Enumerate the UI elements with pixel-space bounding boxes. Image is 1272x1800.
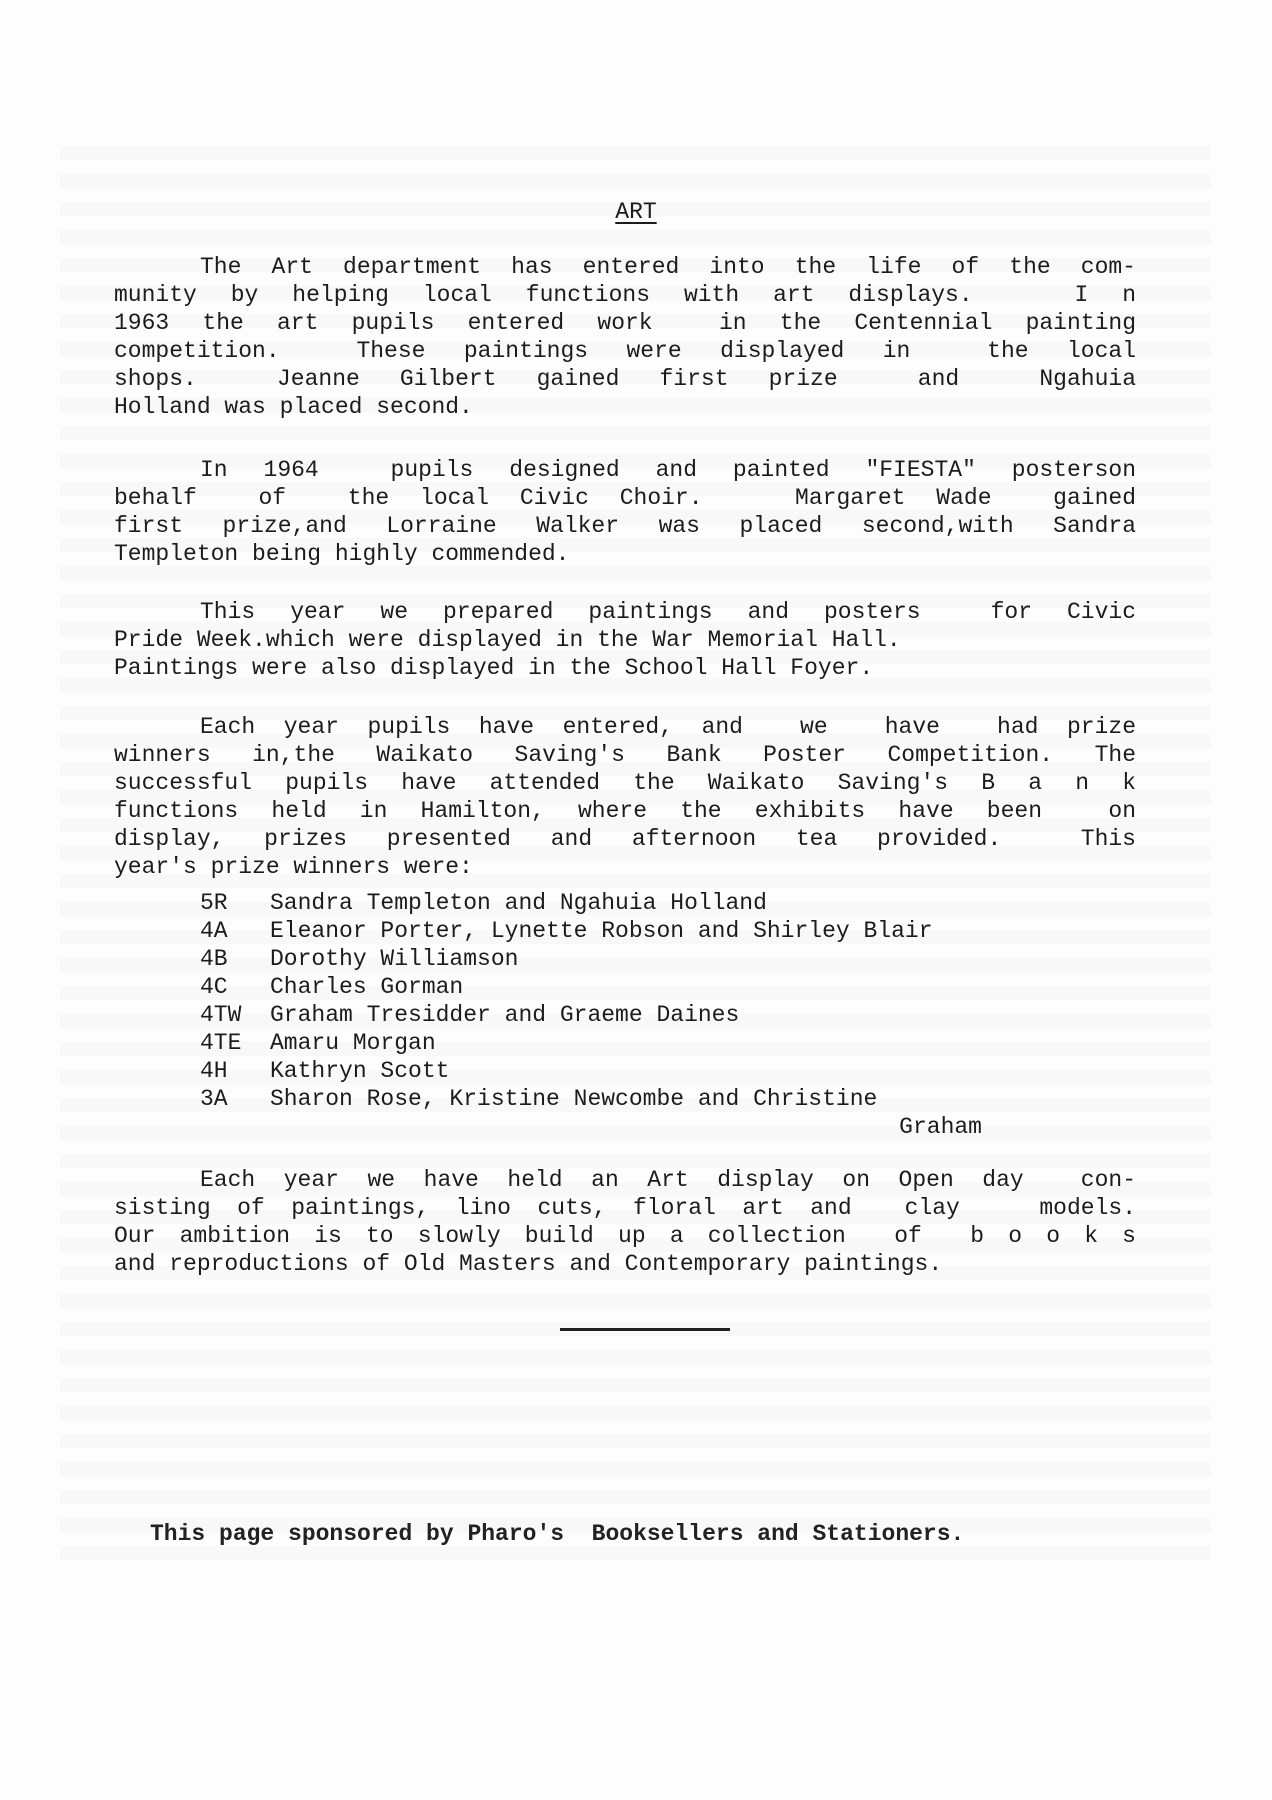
paragraph-4: Each year pupils have entered, and we ha…: [114, 713, 1136, 881]
sponsor-line: This page sponsored by Pharo's Bookselle…: [150, 1520, 964, 1548]
text-line: functions held in Hamilton, where the ex…: [114, 797, 1136, 825]
winner-names: Graham Tresidder and Graeme Daines: [270, 1001, 1060, 1029]
text-line: sisting of paintings, lino cuts, floral …: [114, 1194, 1136, 1222]
winner-names: Sandra Templeton and Ngahuia Holland: [270, 889, 1060, 917]
text-line: behalf of the local Civic Choir. Margare…: [114, 484, 1136, 512]
text-line: competition. These paintings were displa…: [114, 337, 1136, 365]
form-label: 4H: [200, 1057, 270, 1085]
paragraph-5: Each year we have held an Art display on…: [114, 1166, 1136, 1278]
text-line: Holland was placed second.: [114, 393, 1136, 421]
winner-row: 5R Sandra Templeton and Ngahuia Holland: [200, 889, 1060, 917]
winner-names: Eleanor Porter, Lynette Robson and Shirl…: [270, 917, 1060, 945]
section-divider: [560, 1328, 730, 1331]
text-line: The Art department has entered into the …: [114, 253, 1136, 281]
paragraph-2: In 1964 pupils designed and painted "FIE…: [114, 456, 1136, 568]
paragraph-1: The Art department has entered into the …: [114, 253, 1136, 421]
text-line: Pride Week.which were displayed in the W…: [114, 626, 1136, 654]
text-line: 1963 the art pupils entered work in the …: [114, 309, 1136, 337]
text-line: Our ambition is to slowly build up a col…: [114, 1222, 1136, 1250]
text-line: This year we prepared paintings and post…: [114, 598, 1136, 626]
winner-names: Dorothy Williamson: [270, 945, 1060, 973]
text-line: Each year we have held an Art display on…: [114, 1166, 1136, 1194]
paragraph-3: This year we prepared paintings and post…: [114, 598, 1136, 682]
text-line: shops. Jeanne Gilbert gained first prize…: [114, 365, 1136, 393]
form-label: 4TW: [200, 1001, 270, 1029]
winner-row: 4H Kathryn Scott: [200, 1057, 1060, 1085]
text-line: munity by helping local functions with a…: [114, 281, 1136, 309]
text-line: first prize,and Lorraine Walker was plac…: [114, 512, 1136, 540]
winner-names: Amaru Morgan: [270, 1029, 1060, 1057]
text-line: display, prizes presented and afternoon …: [114, 825, 1136, 853]
form-label: 4A: [200, 917, 270, 945]
text-line: Each year pupils have entered, and we ha…: [114, 713, 1136, 741]
document-page: ART The Art department has entered into …: [0, 0, 1272, 1800]
winner-names: Charles Gorman: [270, 973, 1060, 1001]
winner-names: Sharon Rose, Kristine Newcombe and Chris…: [270, 1085, 1060, 1113]
title-text: ART: [615, 199, 656, 225]
form-label: 4B: [200, 945, 270, 973]
form-label: 4C: [200, 973, 270, 1001]
winner-row: 4TW Graham Tresidder and Graeme Daines: [200, 1001, 1060, 1029]
text-line: In 1964 pupils designed and painted "FIE…: [114, 456, 1136, 484]
text-line: winners in,the Waikato Saving's Bank Pos…: [114, 741, 1136, 769]
form-label: 3A: [200, 1085, 270, 1113]
page-title: ART: [0, 198, 1272, 226]
text-line: Templeton being highly commended.: [114, 540, 1136, 568]
text-line: and reproductions of Old Masters and Con…: [114, 1250, 1136, 1278]
form-label: 5R: [200, 889, 270, 917]
winner-row: 4B Dorothy Williamson: [200, 945, 1060, 973]
winner-names: Kathryn Scott: [270, 1057, 1060, 1085]
winner-row: 4C Charles Gorman: [200, 973, 1060, 1001]
winner-row: 4A Eleanor Porter, Lynette Robson and Sh…: [200, 917, 1060, 945]
text-line: successful pupils have attended the Waik…: [114, 769, 1136, 797]
winner-row: 4TE Amaru Morgan: [200, 1029, 1060, 1057]
text-line: year's prize winners were:: [114, 853, 1136, 881]
form-label: 4TE: [200, 1029, 270, 1057]
text-line: Paintings were also displayed in the Sch…: [114, 654, 1136, 682]
prize-winners-list: 5R Sandra Templeton and Ngahuia Holland …: [200, 889, 1060, 1141]
winner-row: 3A Sharon Rose, Kristine Newcombe and Ch…: [200, 1085, 1060, 1113]
winner-names-continuation: Graham: [200, 1113, 1060, 1141]
